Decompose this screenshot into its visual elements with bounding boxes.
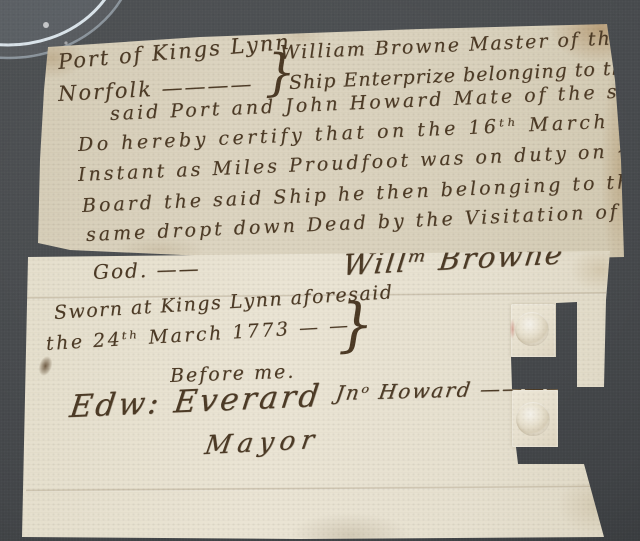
seal-wafer-lower	[512, 390, 558, 447]
sworn-brace: }	[336, 295, 375, 354]
certificate-line-god: God. ——	[93, 256, 201, 284]
red-wax-smudge	[509, 316, 516, 342]
embossed-seal-icon	[515, 312, 549, 346]
embossed-seal-icon	[516, 402, 550, 436]
mayor-title: Mayor	[203, 425, 323, 461]
photograph: Port of Kings Lynn Norfolk ———— } Willia…	[0, 0, 640, 541]
port-heading-line1: Port of Kings Lynn	[57, 30, 292, 74]
certificate-line-1: William Browne Master of the	[280, 27, 626, 64]
ink-blot	[35, 352, 57, 379]
seal-wafer-upper	[511, 304, 555, 357]
mayor-signature: Edw: Everard	[68, 378, 324, 425]
fold-crease-lower	[26, 485, 606, 492]
